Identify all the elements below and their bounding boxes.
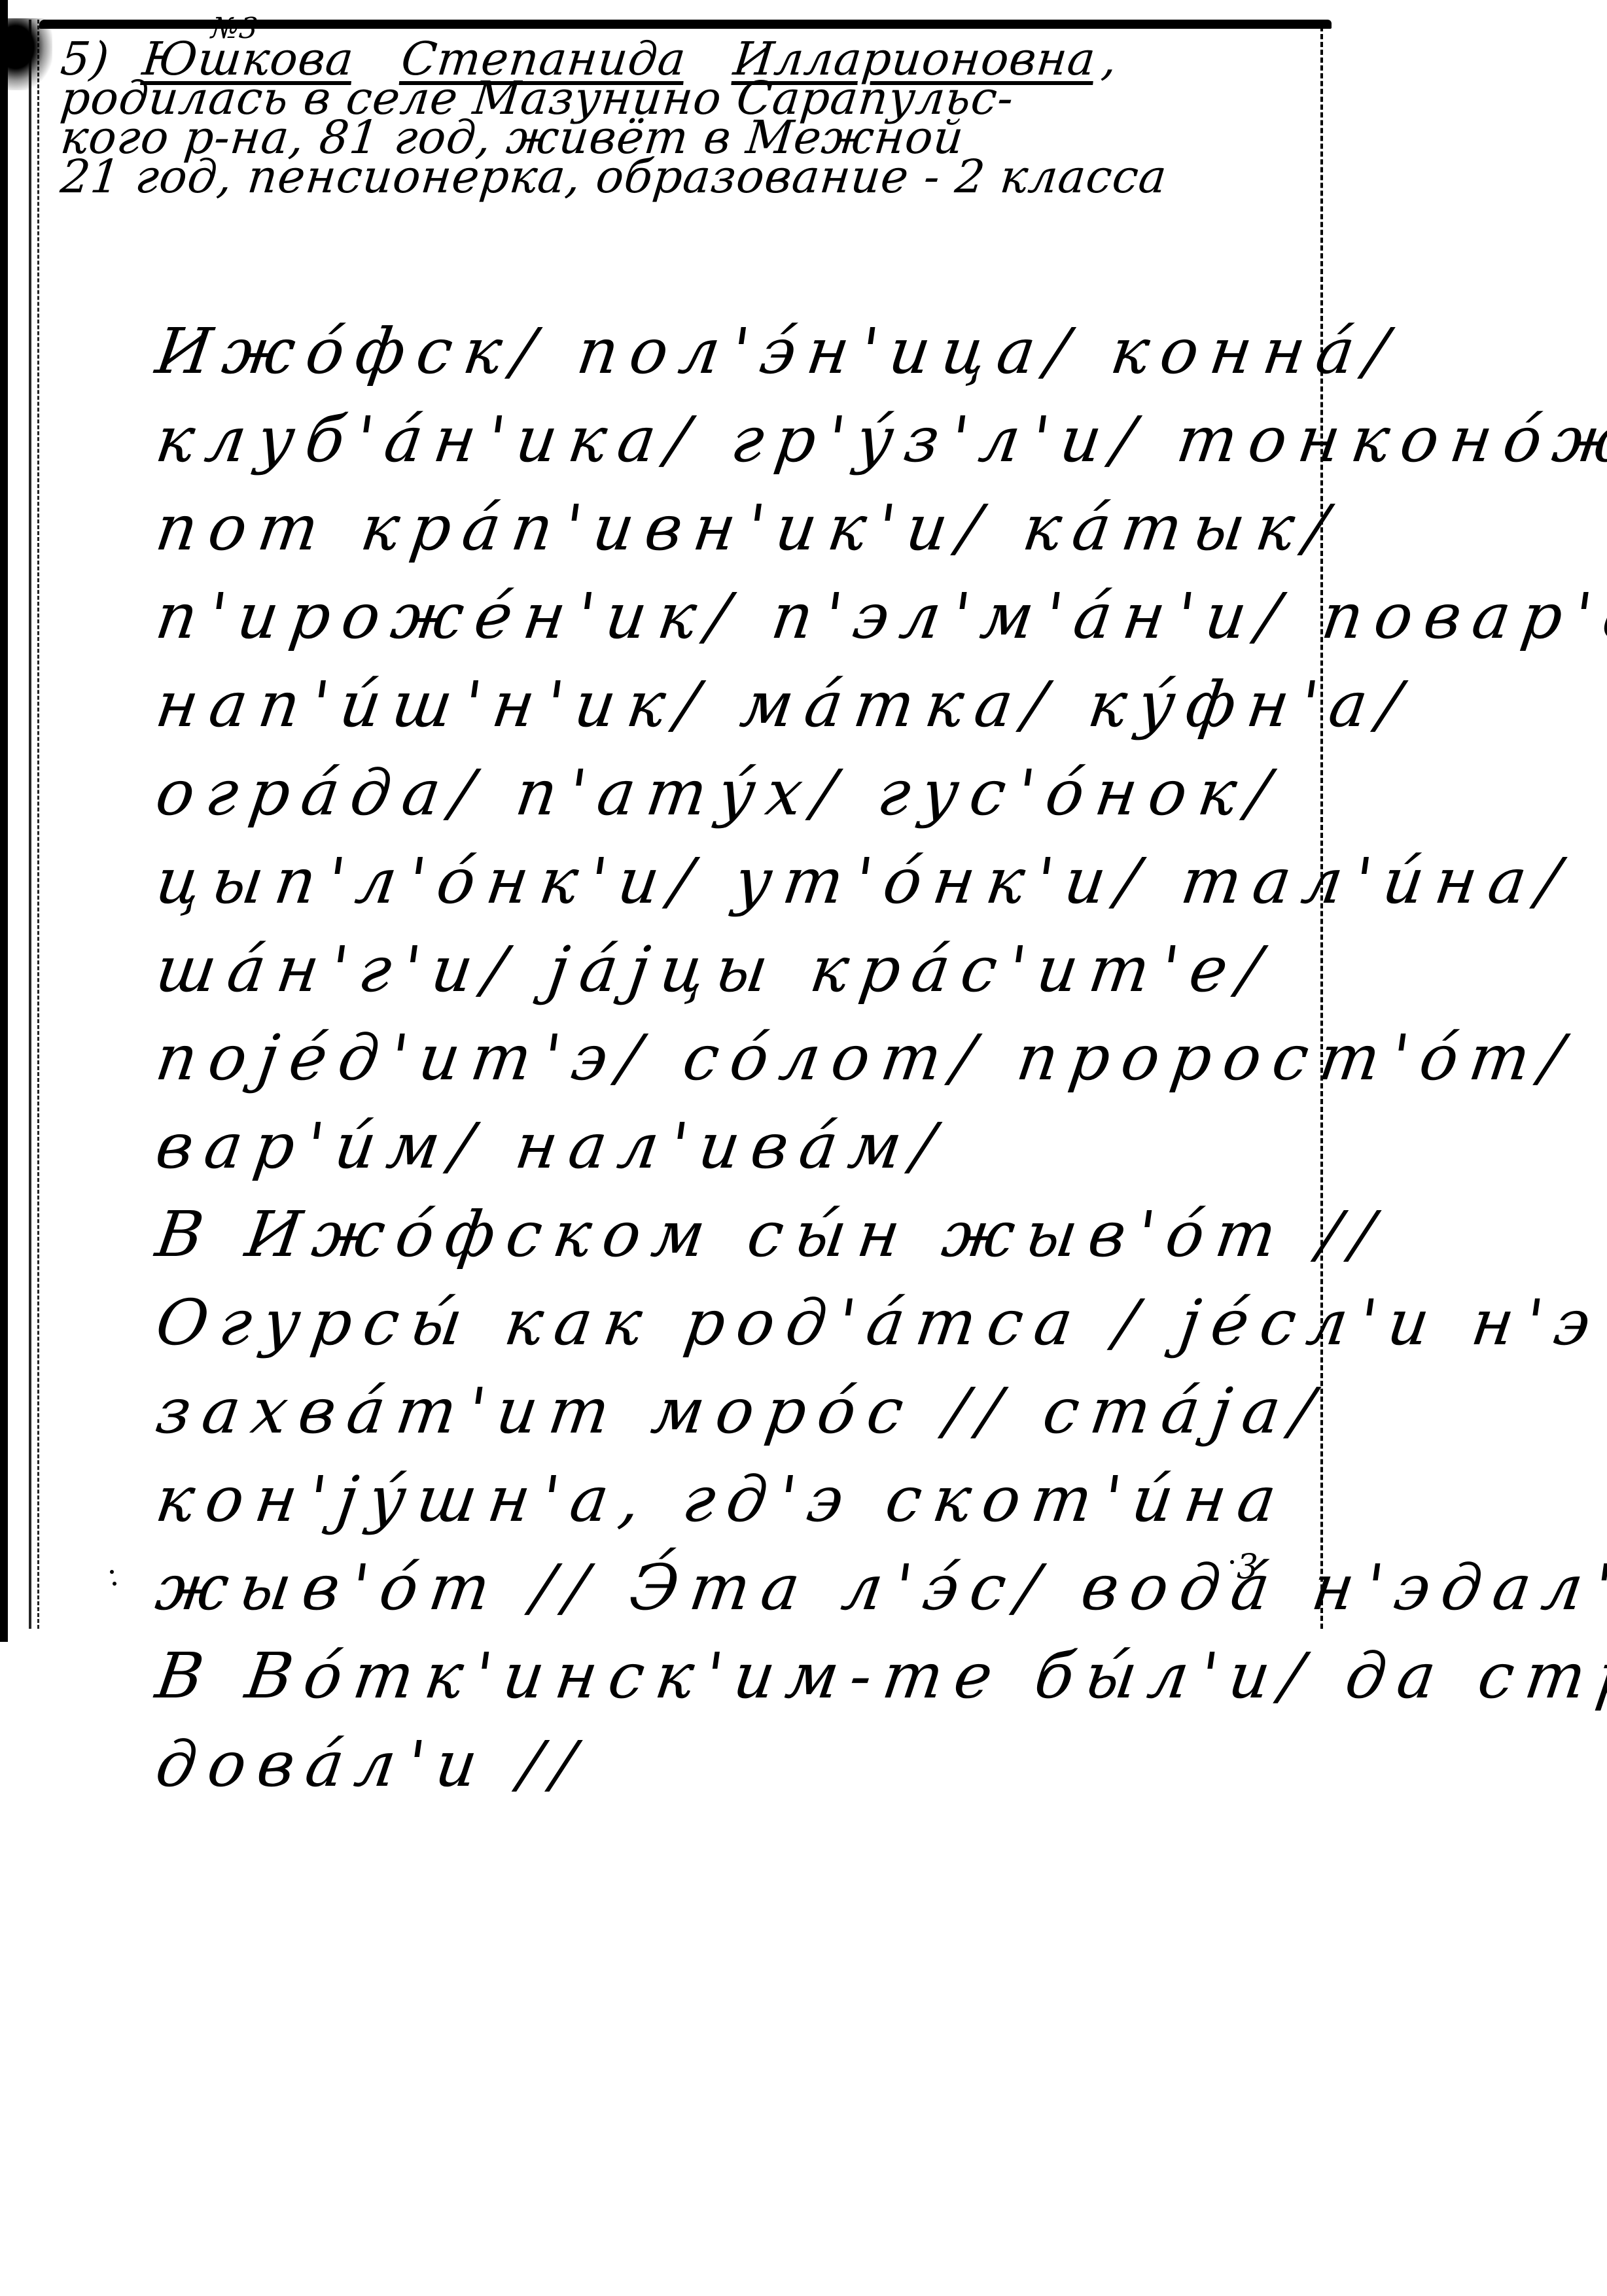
transcription-line: В Ижо́фском сы́н жыв'о́т // bbox=[150, 1191, 1334, 1279]
name-trailing-comma: , bbox=[1099, 32, 1120, 86]
transcription-line: жыв'о́т // Э́та л'э́с/ вода́ н'эдал'о́ко… bbox=[150, 1544, 1334, 1632]
record-number-mark: №3 bbox=[210, 14, 260, 43]
scan-binding-shadow bbox=[29, 20, 39, 1629]
informant-header: 5) №3 Юшкова Степанида Илларионовна, род… bbox=[59, 39, 1315, 196]
transcription-line: ша́н'г'и/ ја́јцы кра́с'ит'е/ bbox=[150, 926, 1334, 1014]
scan-binding-edge bbox=[0, 0, 8, 1642]
transcription-line: Огурсы́ как род'а́тса / је́сл'и н'э bbox=[150, 1279, 1334, 1367]
transcription-line: пот кра́п'ивн'ик'и/ ка́тык/ bbox=[150, 484, 1334, 572]
transcription-line: захва́т'ит моро́с // ста́ја/ bbox=[150, 1367, 1334, 1455]
transcription-line: кон'ју́шн'а, гд'э скот'и́на bbox=[150, 1455, 1334, 1544]
scan-speck bbox=[110, 1570, 114, 1574]
transcription-line: огра́да/ п'ату́х/ гус'о́нок/ bbox=[150, 749, 1334, 837]
scan-speck bbox=[1230, 1560, 1234, 1564]
scan-speck bbox=[113, 1582, 116, 1586]
transcription-line: п'ироже́н'ик/ п'эл'м'а́н'и/ повар'о́нка/ bbox=[150, 572, 1334, 661]
page-number: 3 bbox=[1237, 1550, 1258, 1584]
transcription-line: нап'и́ш'н'ик/ ма́тка/ ку́фн'а/ bbox=[150, 661, 1334, 749]
transcription-line: вар'и́м/ нал'ива́м/ bbox=[150, 1102, 1334, 1191]
scan-corner-smudge bbox=[0, 18, 52, 90]
transcription-line: дова́л'и // bbox=[150, 1720, 1334, 1809]
informant-occupation-education-line: 21 год, пенсионерка, образование - 2 кла… bbox=[59, 157, 1319, 196]
transcription-line: клуб'а́н'ика/ гр'у́з'л'и/ тонконо́жк'и/ bbox=[150, 396, 1334, 484]
transcription-line: Ижо́фск/ пол'э́н'ица/ конна́/ bbox=[150, 307, 1334, 396]
transcription-body: Ижо́фск/ пол'э́н'ица/ конна́/ клуб'а́н'и… bbox=[150, 307, 1322, 1809]
transcription-line: В Во́тк'инск'им-те бы́л'и/ да стра- bbox=[150, 1632, 1334, 1720]
transcription-line: цып'л'о́нк'и/ ут'о́нк'и/ тал'и́на/ bbox=[150, 837, 1334, 926]
transcription-line: поје́д'ит'э/ со́лот/ пророст'о́т/ bbox=[150, 1014, 1334, 1102]
